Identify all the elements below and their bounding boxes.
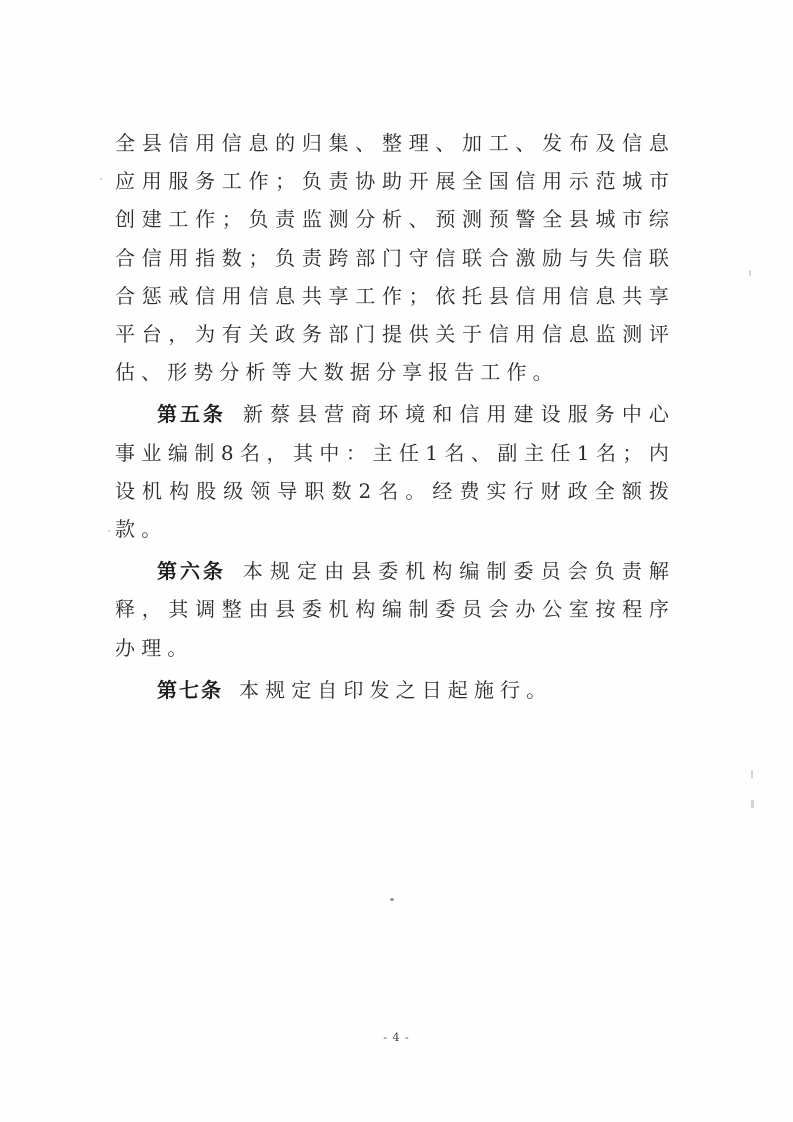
scan-speck	[751, 800, 754, 808]
document-page: 全县信用信息的归集、整理、加工、发布及信息应用服务工作；负责协助开展全国信用示范…	[0, 0, 793, 1122]
scan-speck	[390, 898, 394, 901]
article-7: 第七条本规定自印发之日起施行。	[115, 671, 675, 709]
article-5: 第五条新蔡县营商环境和信用建设服务中心事业编制8名，其中：主任1名、副主任1名；…	[115, 395, 675, 548]
article-6: 第六条本规定由县委机构编制委员会负责解释，其调整由县委机构编制委员会办公室按程序…	[115, 552, 675, 667]
paragraph-text: 全县信用信息的归集、整理、加工、发布及信息应用服务工作；负责协助开展全国信用示范…	[115, 131, 675, 384]
article-heading: 第五条	[157, 402, 226, 426]
paragraph-duties-continuation: 全县信用信息的归集、整理、加工、发布及信息应用服务工作；负责协助开展全国信用示范…	[115, 124, 675, 391]
scan-speck	[100, 178, 102, 180]
page-number: - 4 -	[0, 1031, 793, 1044]
scan-speck	[751, 770, 753, 778]
article-heading: 第六条	[157, 559, 226, 583]
document-body: 全县信用信息的归集、整理、加工、发布及信息应用服务工作；负责协助开展全国信用示范…	[115, 124, 675, 709]
article-text: 本规定自印发之日起施行。	[239, 678, 552, 702]
scan-speck	[386, 180, 389, 183]
scan-speck	[108, 530, 110, 532]
scan-speck	[749, 270, 751, 276]
article-heading: 第七条	[157, 678, 223, 702]
